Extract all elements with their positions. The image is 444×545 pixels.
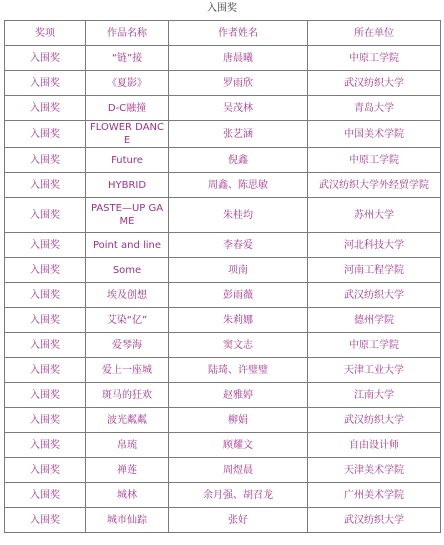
cell-organization: 武汉纺织大学 [308, 71, 441, 96]
cell-organization: 武汉纺织大学外经贸学院 [308, 173, 441, 198]
cell-author: 余月强、胡召龙 [169, 483, 308, 508]
cell-award: 入围奖 [5, 233, 86, 258]
cell-organization: 中国美术学院 [308, 121, 441, 148]
cell-award: 入围奖 [5, 433, 86, 458]
table-row: 入围奖爱琴海窦文志中原工学院 [5, 333, 441, 358]
cell-author: 倪鑫 [169, 148, 308, 173]
cell-award: 入围奖 [5, 148, 86, 173]
table-row: 入围奖Point and line李春爱河北科技大学 [5, 233, 441, 258]
cell-author: 彭雨薇 [169, 283, 308, 308]
header-award: 奖项 [5, 21, 86, 46]
cell-author: 窦文志 [169, 333, 308, 358]
cell-author: 顾耀文 [169, 433, 308, 458]
cell-author: 赵雅婷 [169, 383, 308, 408]
cell-organization: 武汉纺织大学 [308, 408, 441, 433]
cell-author: 柳娟 [169, 408, 308, 433]
table-row: 入围奖PASTE—UP GAME朱桂均苏州大学 [5, 198, 441, 233]
table-row: 入围奖埃及创想彭雨薇武汉纺织大学 [5, 283, 441, 308]
cell-award: 入围奖 [5, 71, 86, 96]
table-row: 入围奖D-C融撞吴茂林青岛大学 [5, 96, 441, 121]
table-row: 入围奖爱上一座城陆琦、许璧璧天津工业大学 [5, 358, 441, 383]
cell-author: 罗雨欣 [169, 71, 308, 96]
table-row: 入围奖艾染“亿”朱莉娜德州学院 [5, 308, 441, 333]
cell-author: 周煜晨 [169, 458, 308, 483]
table-row: 入围奖Future倪鑫中原工学院 [5, 148, 441, 173]
cell-work-title: PASTE—UP GAME [86, 198, 169, 233]
cell-organization: 德州学院 [308, 308, 441, 333]
cell-award: 入围奖 [5, 358, 86, 383]
cell-organization: 中原工学院 [308, 46, 441, 71]
cell-organization: 武汉纺织大学 [308, 508, 441, 533]
cell-work-title: D-C融撞 [86, 96, 169, 121]
cell-organization: 江南大学 [308, 383, 441, 408]
cell-organization: 天津美术学院 [308, 458, 441, 483]
table-row: 入围奖《夏影》罗雨欣武汉纺织大学 [5, 71, 441, 96]
cell-author: 吴茂林 [169, 96, 308, 121]
cell-work-title: 波光粼粼 [86, 408, 169, 433]
table-row: 入围奖禅莲周煜晨天津美术学院 [5, 458, 441, 483]
awards-table: 奖项 作品名称 作者姓名 所在单位 入围奖“链”接唐晨曦中原工学院入围奖《夏影》… [4, 20, 441, 533]
cell-award: 入围奖 [5, 383, 86, 408]
header-organization: 所在单位 [308, 21, 441, 46]
cell-organization: 中原工学院 [308, 148, 441, 173]
cell-organization: 河南工程学院 [308, 258, 441, 283]
cell-author: 张好 [169, 508, 308, 533]
table-row: 入围奖HYBRID周鑫、陈思敏武汉纺织大学外经贸学院 [5, 173, 441, 198]
cell-award: 入围奖 [5, 258, 86, 283]
table-row: 入围奖斑马的狂欢赵雅婷江南大学 [5, 383, 441, 408]
cell-work-title: 爱琴海 [86, 333, 169, 358]
cell-work-title: 爱上一座城 [86, 358, 169, 383]
cell-work-title: 城林 [86, 483, 169, 508]
cell-author: 周鑫、陈思敏 [169, 173, 308, 198]
cell-work-title: 埃及创想 [86, 283, 169, 308]
cell-organization: 苏州大学 [308, 198, 441, 233]
cell-work-title: FLOWER DANCE [86, 121, 169, 148]
table-caption: 入围奖 [0, 2, 444, 16]
cell-award: 入围奖 [5, 96, 86, 121]
cell-author: 项南 [169, 258, 308, 283]
cell-award: 入围奖 [5, 508, 86, 533]
table-row: 入围奖FLOWER DANCE张艺涵中国美术学院 [5, 121, 441, 148]
cell-organization: 广州美术学院 [308, 483, 441, 508]
table-header-row: 奖项 作品名称 作者姓名 所在单位 [5, 21, 441, 46]
cell-award: 入围奖 [5, 408, 86, 433]
table-row: 入围奖城市仙踪张好武汉纺织大学 [5, 508, 441, 533]
cell-organization: 自由设计师 [308, 433, 441, 458]
cell-work-title: “链”接 [86, 46, 169, 71]
cell-work-title: 禅莲 [86, 458, 169, 483]
cell-work-title: HYBRID [86, 173, 169, 198]
cell-work-title: 斑马的狂欢 [86, 383, 169, 408]
cell-work-title: Some [86, 258, 169, 283]
table-row: 入围奖“链”接唐晨曦中原工学院 [5, 46, 441, 71]
cell-award: 入围奖 [5, 198, 86, 233]
table-row: 入围奖帛琉顾耀文自由设计师 [5, 433, 441, 458]
cell-organization: 中原工学院 [308, 333, 441, 358]
cell-author: 唐晨曦 [169, 46, 308, 71]
cell-author: 李春爱 [169, 233, 308, 258]
cell-author: 朱莉娜 [169, 308, 308, 333]
cell-organization: 天津工业大学 [308, 358, 441, 383]
cell-award: 入围奖 [5, 46, 86, 71]
cell-organization: 河北科技大学 [308, 233, 441, 258]
cell-author: 朱桂均 [169, 198, 308, 233]
cell-award: 入围奖 [5, 458, 86, 483]
cell-work-title: 《夏影》 [86, 71, 169, 96]
table-row: 入围奖城林余月强、胡召龙广州美术学院 [5, 483, 441, 508]
cell-work-title: Future [86, 148, 169, 173]
table-row: 入围奖Some项南河南工程学院 [5, 258, 441, 283]
cell-work-title: Point and line [86, 233, 169, 258]
cell-award: 入围奖 [5, 308, 86, 333]
cell-award: 入围奖 [5, 483, 86, 508]
cell-organization: 武汉纺织大学 [308, 283, 441, 308]
cell-author: 张艺涵 [169, 121, 308, 148]
cell-organization: 青岛大学 [308, 96, 441, 121]
header-author: 作者姓名 [169, 21, 308, 46]
header-work-title: 作品名称 [86, 21, 169, 46]
cell-work-title: 帛琉 [86, 433, 169, 458]
cell-award: 入围奖 [5, 173, 86, 198]
cell-work-title: 艾染“亿” [86, 308, 169, 333]
cell-award: 入围奖 [5, 283, 86, 308]
cell-work-title: 城市仙踪 [86, 508, 169, 533]
table-row: 入围奖波光粼粼柳娟武汉纺织大学 [5, 408, 441, 433]
cell-award: 入围奖 [5, 121, 86, 148]
cell-award: 入围奖 [5, 333, 86, 358]
cell-author: 陆琦、许璧璧 [169, 358, 308, 383]
